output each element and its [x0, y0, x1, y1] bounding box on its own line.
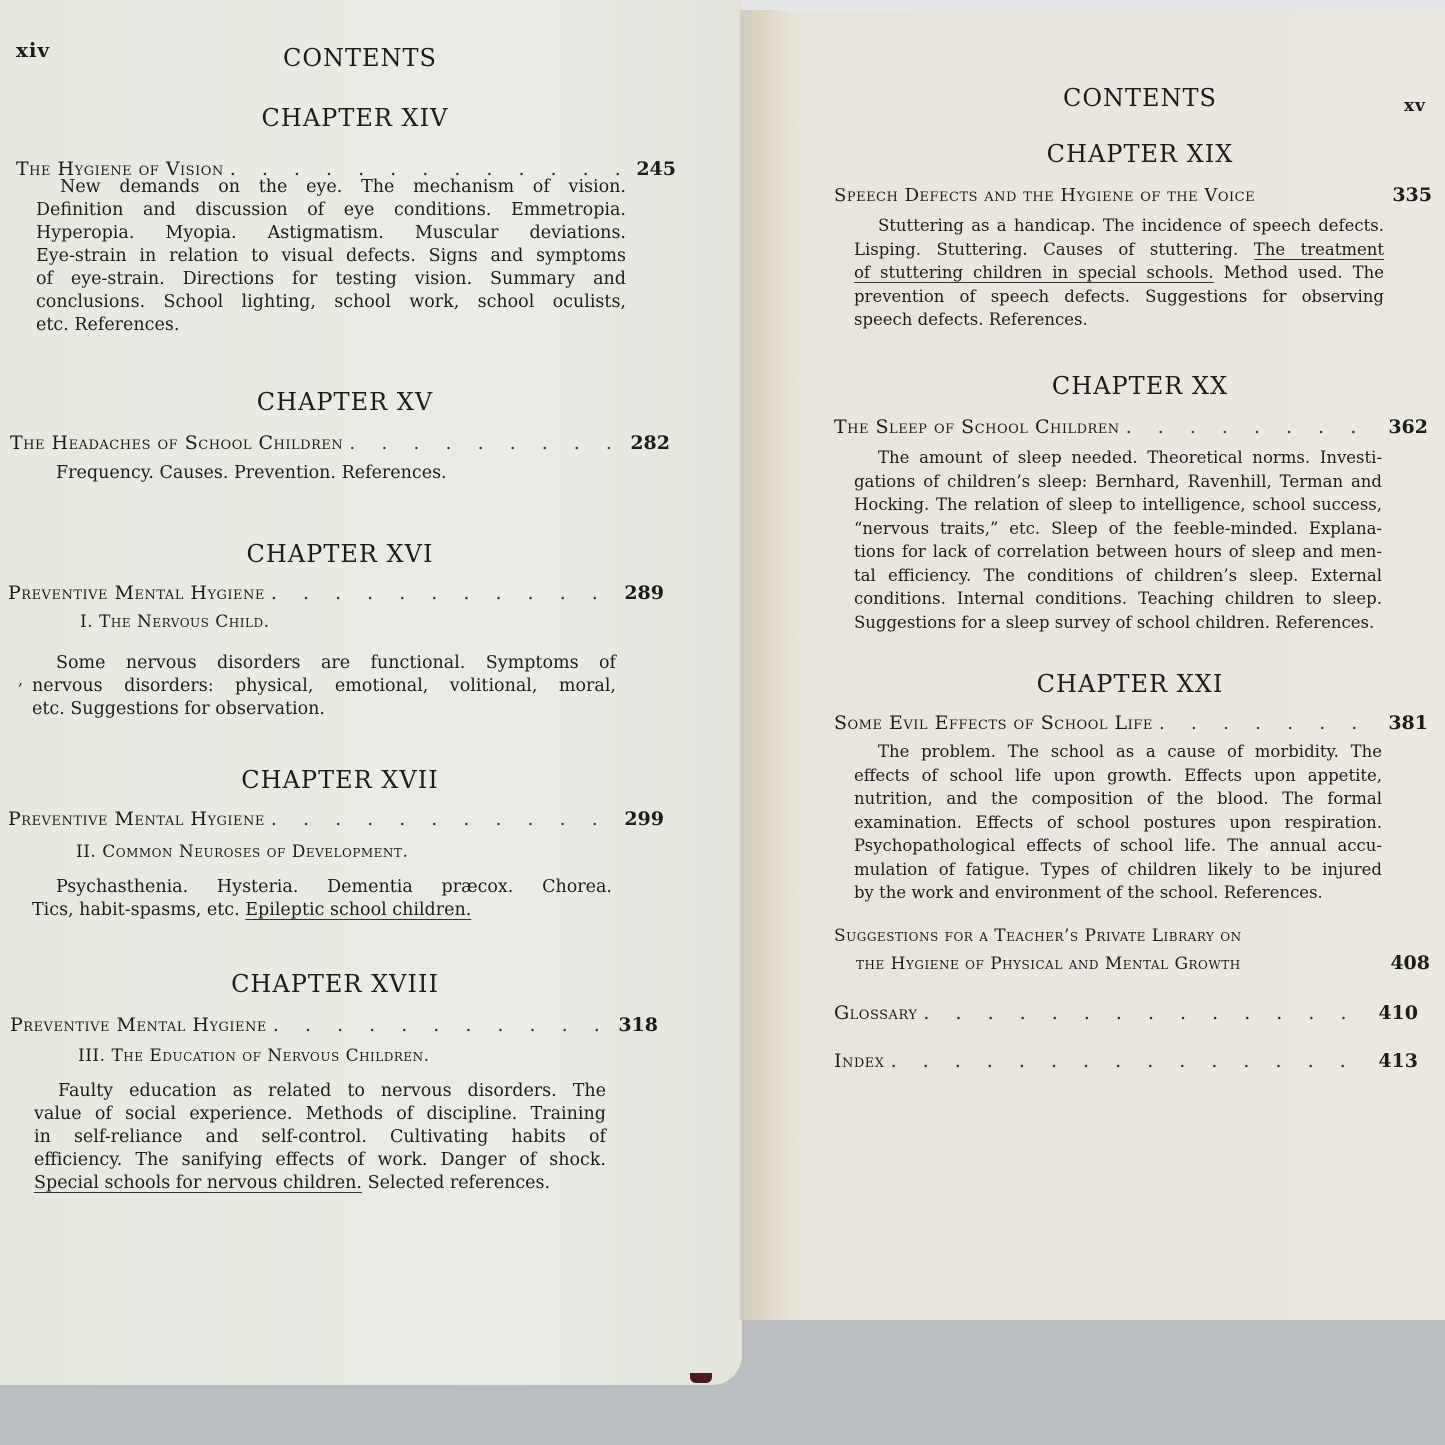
chapter-heading: CHAPTER XVI [185, 540, 495, 568]
chapter-description: The amount of sleep needed. Theoretical … [854, 446, 1382, 634]
chapter-description: The problem. The school as a cause of mo… [854, 740, 1382, 905]
entry-title: Index [834, 1050, 885, 1072]
dot-leader [923, 1002, 1372, 1024]
chapter-description: Stuttering as a handicap. The incidence … [854, 214, 1384, 332]
description-line: Psychasthenia. Hysteria. Dementia præcox… [32, 876, 612, 899]
book-binding-edge [690, 1373, 712, 1383]
description-line: Faulty education as related to nervous d… [34, 1080, 606, 1103]
entry-title: Glossary [834, 1002, 917, 1024]
entry-title: Suggestions for a Teacher’s Private Libr… [834, 926, 1242, 946]
page-number: 318 [618, 1014, 658, 1036]
pen-tick-mark: , [18, 670, 23, 689]
entry-title: Preventive Mental Hygiene [8, 808, 265, 830]
description-line: nutrition, and the composition of the bl… [854, 787, 1382, 811]
right-page: CONTENTS xv CHAPTER XIX Speech Defects a… [760, 12, 1445, 1320]
toc-entry-index[interactable]: Index 413 [834, 1050, 1418, 1072]
pencil-underline: Epileptic school children. [245, 900, 471, 920]
page-number: 282 [630, 432, 670, 454]
chapter-description: Some nervous disorders are functional. S… [32, 652, 616, 721]
description-line: etc. Suggestions for observation. [32, 698, 616, 721]
toc-entry-headaches[interactable]: The Headaches of School Children 282 [10, 432, 670, 454]
dot-leader [1126, 416, 1383, 438]
page-folio: xv [1404, 96, 1426, 116]
description-line: value of social experience. Methods of d… [34, 1103, 606, 1126]
description-line: Hocking. The relation of sleep to intell… [854, 493, 1382, 517]
description-text: Tics, habit-spasms, etc. [32, 900, 240, 920]
description-line: nervous disorders: physical, emotional, … [32, 675, 616, 698]
description-line: etc. References. [36, 314, 626, 337]
description-line: Frequency. Causes. Prevention. Reference… [56, 462, 616, 485]
chapter-heading: CHAPTER XVIII [180, 970, 490, 998]
pencil-underline: Special schools for nervous children. [34, 1173, 362, 1193]
page-number: 413 [1378, 1050, 1418, 1072]
chapter-heading: CHAPTER XIX [990, 140, 1290, 168]
description-line: The amount of sleep needed. Theoretical … [854, 446, 1382, 470]
toc-entry-sleep[interactable]: The Sleep of School Children 362 [834, 416, 1428, 438]
chapter-heading: CHAPTER XX [990, 372, 1290, 400]
page-number: 289 [624, 582, 664, 604]
chapter-heading: CHAPTER XV [190, 388, 500, 416]
chapter-description: Psychasthenia. Hysteria. Dementia præcox… [32, 876, 612, 922]
running-head: CONTENTS [230, 44, 490, 72]
entry-title: The Headaches of School Children [10, 432, 343, 454]
page-number: 299 [624, 808, 664, 830]
chapter-description: Frequency. Causes. Prevention. Reference… [56, 462, 616, 485]
chapter-description: Faulty education as related to nervous d… [34, 1080, 606, 1195]
entry-title: the Hygiene of Physical and Mental Growt… [856, 954, 1241, 974]
description-line: Tics, habit-spasms, etc. Epileptic schoo… [32, 899, 612, 922]
chapter-heading: CHAPTER XXI [980, 670, 1280, 698]
description-line: prevention of speech defects. Suggestion… [854, 285, 1384, 309]
description-line: Lisping. Stuttering. Causes of stutterin… [854, 238, 1384, 262]
description-line: gations of children’s sleep: Bernhard, R… [854, 470, 1382, 494]
description-line: conditions. Internal conditions. Teachin… [854, 587, 1382, 611]
entry-title: Preventive Mental Hygiene [8, 582, 265, 604]
description-line: tions for lack of correlation between ho… [854, 540, 1382, 564]
description-line: efficiency. The sanifying effects of wor… [34, 1149, 606, 1172]
toc-entry-hygiene-of-vision[interactable]: The Hygiene of Vision 245 [16, 144, 676, 180]
description-line: Eye-strain in relation to visual defects… [36, 245, 626, 268]
description-line: Special schools for nervous children. Se… [34, 1172, 606, 1195]
entry-title: Some Evil Effects of School Life [834, 712, 1153, 734]
description-line: speech defects. References. [854, 308, 1384, 332]
page-folio: xiv [16, 38, 50, 62]
dot-leader [349, 432, 624, 454]
chapter-subtitle: I. The Nervous Child. [80, 612, 269, 632]
description-line: of stuttering children in special school… [854, 261, 1384, 285]
dot-leader [891, 1050, 1373, 1072]
dot-leader [271, 582, 618, 604]
description-line: examination. Effects of school postures … [854, 811, 1382, 835]
entry-title: Preventive Mental Hygiene [10, 1014, 267, 1036]
entry-title: Speech Defects and the Hygiene of the Vo… [834, 185, 1255, 206]
page-number: 335 [1392, 184, 1432, 206]
toc-entry-glossary[interactable]: Glossary 410 [834, 1002, 1418, 1024]
dot-leader [273, 1014, 612, 1036]
toc-entry-preventive-mental-hygiene-ii[interactable]: Preventive Mental Hygiene 299 [8, 808, 664, 830]
description-line: by the work and environment of the schoo… [854, 881, 1382, 905]
description-line: Suggestions for a sleep survey of school… [854, 611, 1382, 635]
description-text: Lisping. Stuttering. Causes of stutterin… [854, 240, 1238, 259]
running-head: CONTENTS [1010, 84, 1270, 112]
left-page: xiv CONTENTS CHAPTER XIV The Hygiene of … [0, 0, 742, 1385]
description-line: Psychopathological effects of school lif… [854, 834, 1382, 858]
chapter-subtitle: III. The Education of Nervous Children. [78, 1046, 430, 1066]
description-line: The problem. The school as a cause of mo… [854, 740, 1382, 764]
page-number: 362 [1388, 416, 1428, 438]
pencil-underline: of stuttering children in special school… [854, 263, 1214, 282]
description-line: mulation of fatigue. Types of children l… [854, 858, 1382, 882]
pencil-underline: The treatment [1254, 240, 1384, 259]
description-line: in self-reliance and self-control. Culti… [34, 1126, 606, 1149]
description-line: Some nervous disorders are functional. S… [32, 652, 616, 675]
page-number: 245 [636, 158, 676, 180]
entry-title: The Sleep of School Children [834, 416, 1120, 438]
toc-entry-preventive-mental-hygiene-i[interactable]: Preventive Mental Hygiene 289 [8, 582, 664, 604]
toc-entry-speech-defects[interactable]: Speech Defects and the Hygiene of the Vo… [834, 184, 1432, 206]
page-number: 381 [1388, 712, 1428, 734]
description-line: of eye-strain. Directions for testing vi… [36, 268, 626, 291]
description-text: Selected references. [368, 1173, 551, 1193]
toc-entry-teachers-library-cont[interactable]: the Hygiene of Physical and Mental Growt… [856, 952, 1430, 974]
description-line: effects of school life upon growth. Effe… [854, 764, 1382, 788]
description-line: conclusions. School lighting, school wor… [36, 291, 626, 314]
description-text: Method used. The [1224, 263, 1384, 282]
description-line: “nervous traits,” etc. Sleep of the feeb… [854, 517, 1382, 541]
description-line: Hyperopia. Myopia. Astigmatism. Muscular… [36, 222, 626, 245]
description-line: Stuttering as a handicap. The incidence … [854, 214, 1384, 238]
dot-leader [271, 808, 618, 830]
page-number: 408 [1390, 952, 1430, 974]
toc-entry-evil-effects[interactable]: Some Evil Effects of School Life 381 [834, 712, 1428, 734]
toc-entry-preventive-mental-hygiene-iii[interactable]: Preventive Mental Hygiene 318 [10, 1014, 658, 1036]
chapter-description: New demands on the eye. The mechanism of… [36, 176, 626, 337]
chapter-heading: CHAPTER XVII [185, 766, 495, 794]
description-line: Definition and discussion of eye conditi… [36, 199, 626, 222]
description-line: tal efficiency. The conditions of childr… [854, 564, 1382, 588]
description-line: New demands on the eye. The mechanism of… [36, 176, 626, 199]
toc-entry-teachers-library[interactable]: Suggestions for a Teacher’s Private Libr… [834, 926, 1394, 946]
dot-leader [1159, 712, 1383, 734]
page-number: 410 [1378, 1002, 1418, 1024]
chapter-heading: CHAPTER XIV [200, 104, 510, 132]
chapter-subtitle: II. Common Neuroses of Development. [76, 842, 408, 862]
